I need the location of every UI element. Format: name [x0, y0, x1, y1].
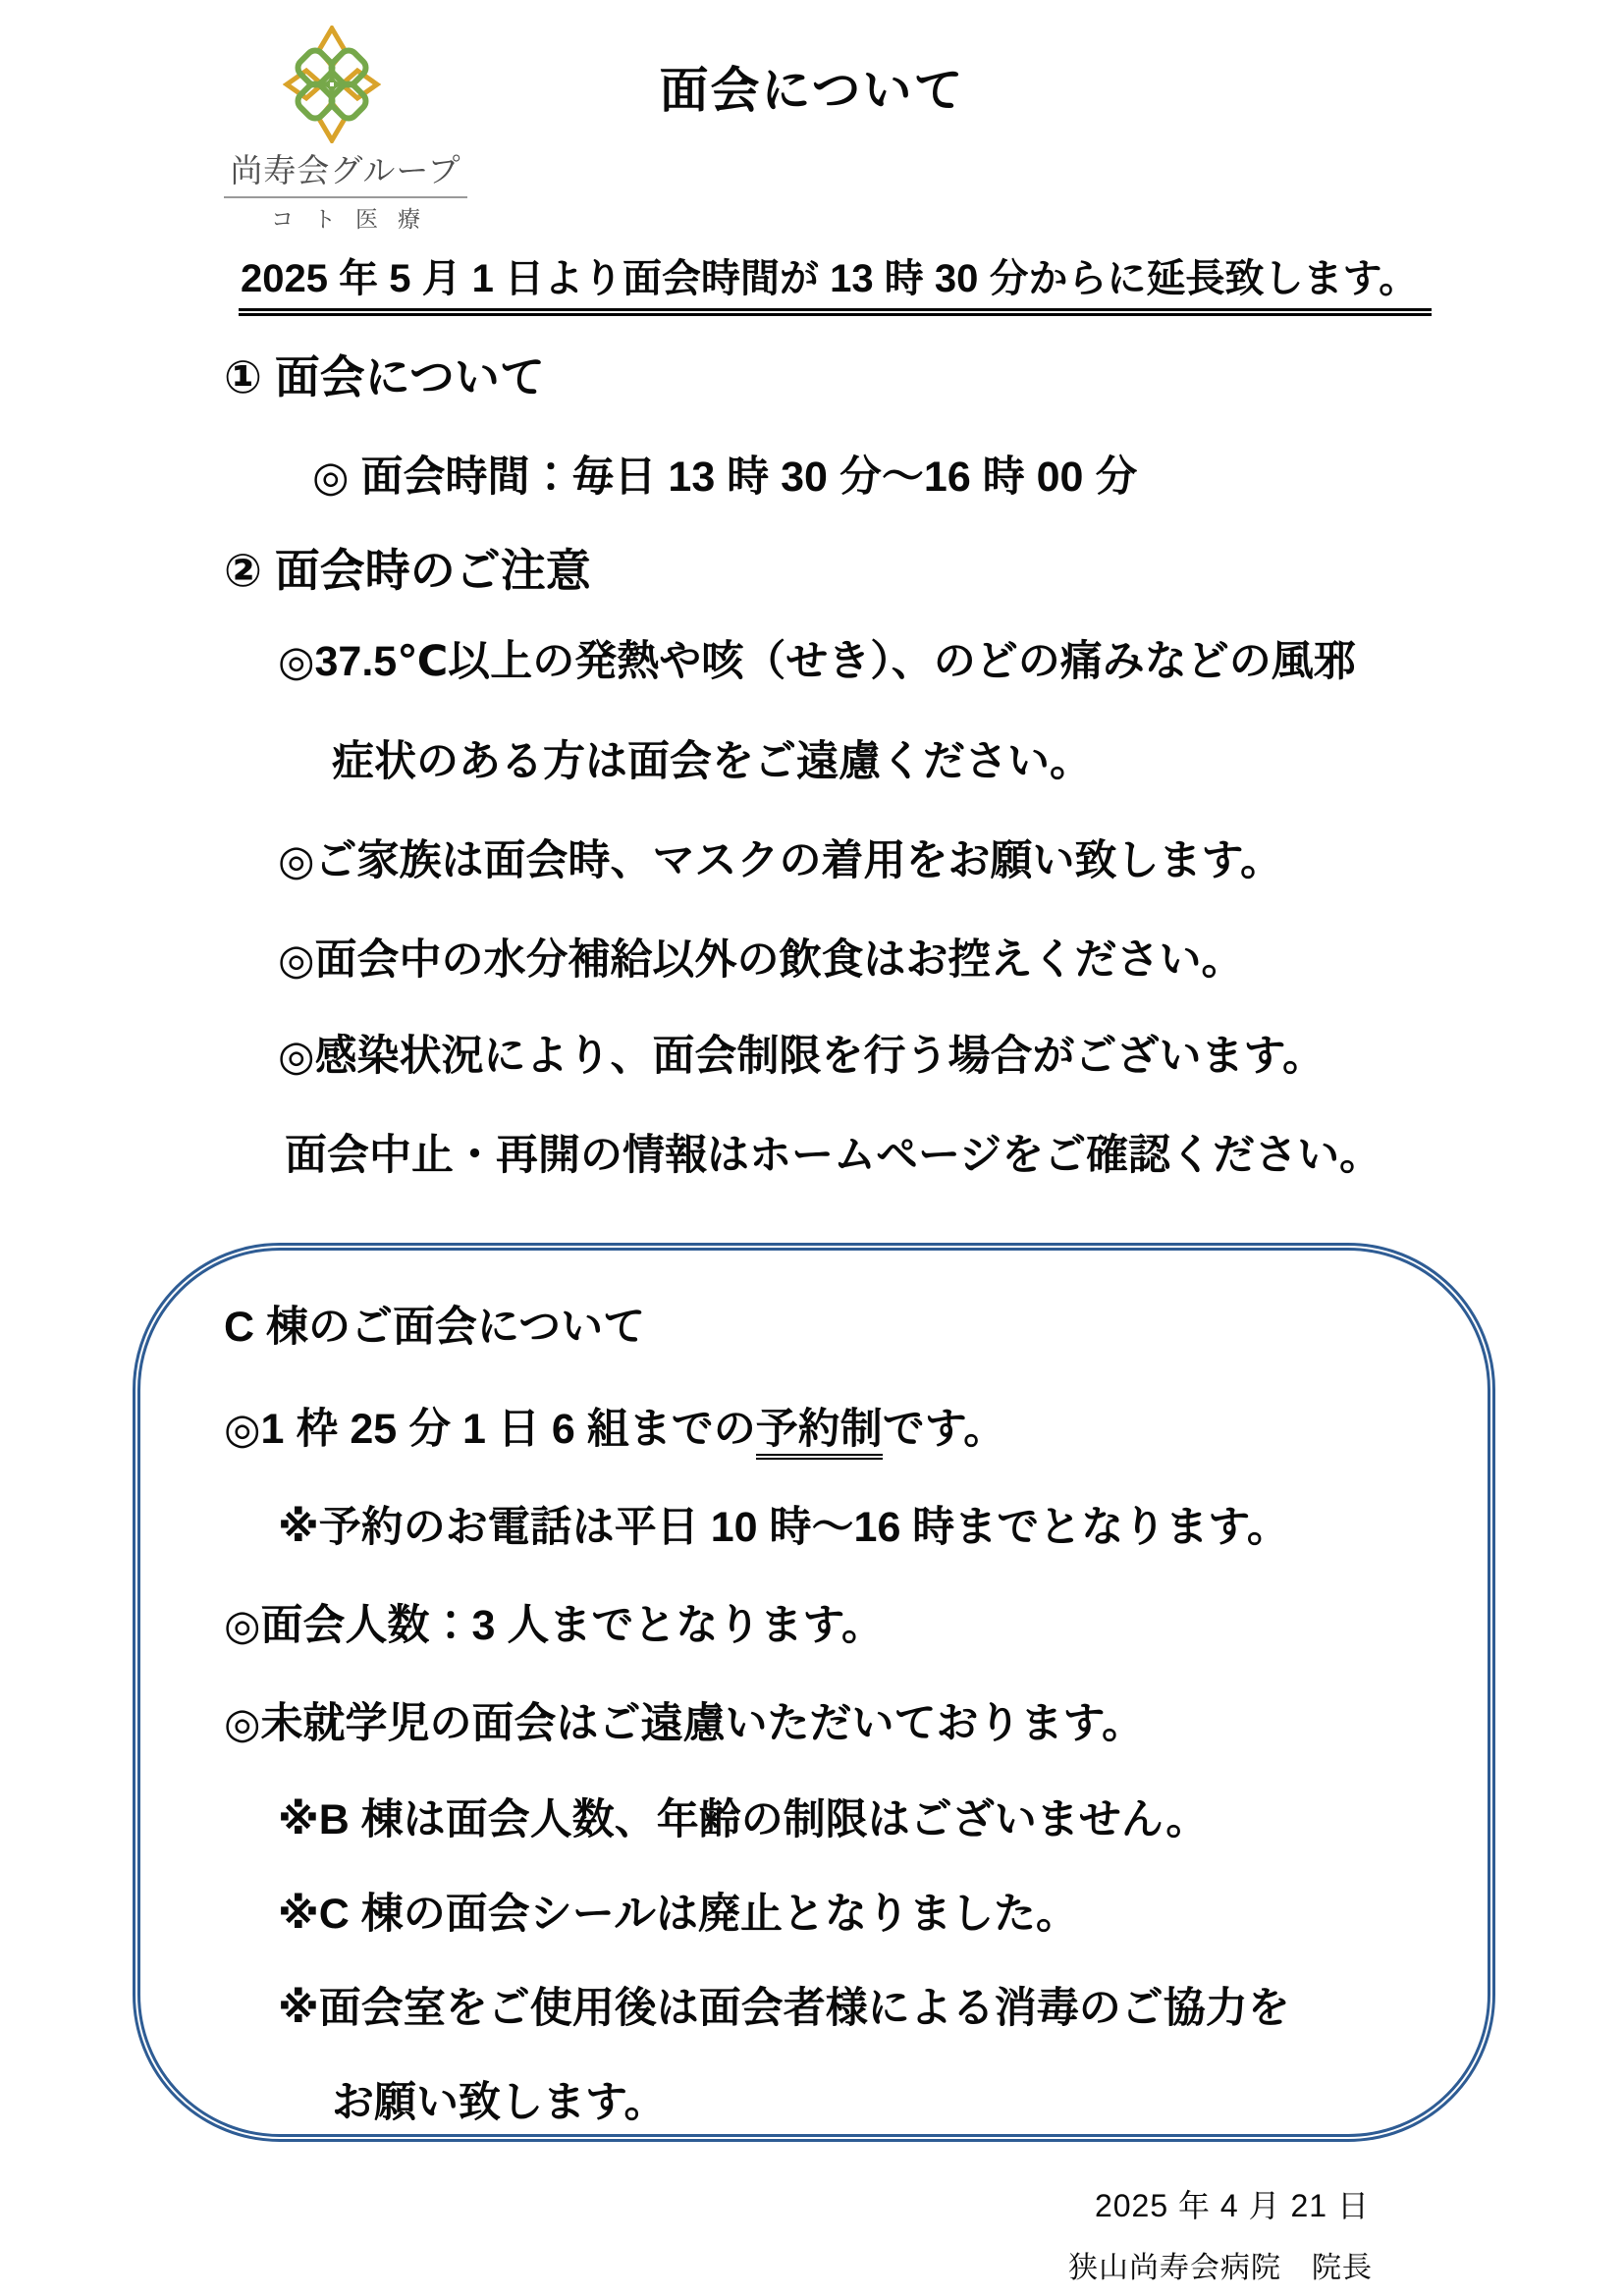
box-line-continuation: お願い致します。	[332, 2069, 667, 2129]
box-heading: C 棟のご面会について	[224, 1294, 645, 1354]
section-2-title: 面会時のご注意	[275, 545, 591, 596]
note-line: ◎面会中の水分補給以外の飲食はお控えください。	[278, 927, 1244, 987]
box-line: ※B 棟は面会人数、年齢の制限はございません。	[278, 1787, 1208, 1846]
footer-date: 2025 年 4 月 21 日	[1095, 2181, 1370, 2226]
visiting-hours-line: ◎ 面会時間：毎日 13 時 30 分～16 時 00 分	[312, 444, 1137, 504]
reservation-underlined-term: 予約制	[756, 1406, 883, 1460]
page-title: 面会について	[0, 51, 1624, 122]
note-line-homepage: 面会中止・再開の情報はホームページをご確認ください。	[285, 1122, 1381, 1182]
box-line: ※面会室をご使用後は面会者様による消毒のご協力を	[278, 1975, 1290, 2035]
box-line: ※予約のお電話は平日 10 時～16 時までとなります。	[278, 1494, 1289, 1554]
note-line: ◎ご家族は面会時、マスクの着用をお願い致します。	[278, 828, 1282, 887]
headline: 2025 年 5 月 1 日より面会時間が 13 時 30 分からに延長致します…	[239, 247, 1432, 316]
footer-signature: 狭山尚寿会病院 院長	[1068, 2243, 1373, 2286]
box-line: ◎未就学児の面会はご遠慮いただいております。	[224, 1690, 1144, 1750]
note-line: ◎感染状況により、面会制限を行う場合がございます。	[278, 1023, 1325, 1083]
logo-name: 尚寿会グループ	[224, 145, 466, 198]
section-1-heading: ① 面会について	[224, 342, 545, 406]
note-line-continuation: 症状のある方は面会をご遠慮ください。	[332, 728, 1092, 788]
visiting-notice-page: 尚寿会グループ コト医療 面会について 2025 年 5 月 1 日より面会時間…	[0, 0, 1624, 2296]
reservation-line: ◎1 枠 25 分 1 日 6 組までの予約制です。	[224, 1396, 1005, 1456]
section-1-number: ①	[224, 351, 262, 402]
reservation-prefix: ◎1 枠 25 分 1 日 6 組までの	[224, 1406, 756, 1453]
section-2-heading: ② 面会時のご注意	[224, 535, 591, 600]
section-2-number: ②	[224, 545, 262, 596]
box-line: ※C 棟の面会シールは廃止となりました。	[278, 1881, 1078, 1941]
section-1-title: 面会について	[275, 351, 545, 402]
logo-subtitle: コト医療	[218, 201, 473, 234]
reservation-suffix: です。	[883, 1406, 1006, 1453]
box-line: ◎面会人数：3 人までとなります。	[224, 1592, 884, 1652]
note-line: ◎37.5℃以上の発熱や咳（せき）、のどの痛みなどの風邪	[278, 628, 1356, 688]
